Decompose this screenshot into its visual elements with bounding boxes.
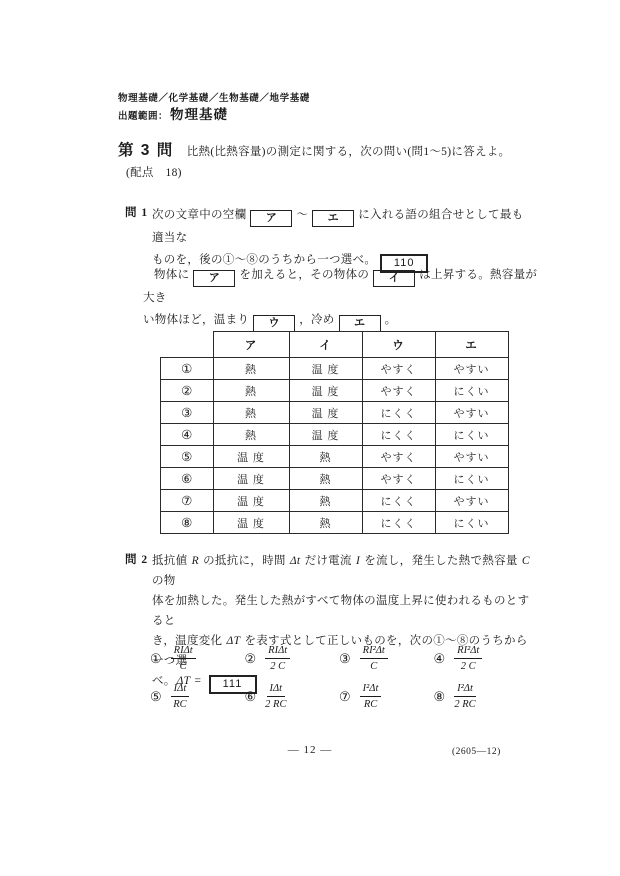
table-header-cell: エ xyxy=(435,332,508,358)
table-cell: にくく xyxy=(362,424,435,446)
fraction-denominator: RC xyxy=(364,697,377,711)
option-number-cell: ⑥ xyxy=(161,468,214,490)
choice-number: ② xyxy=(245,652,257,665)
sub-question-1: 問 1 次の文章中の空欄ア～エに入れる語の組合せとして最も適当なものを，後の①～… xyxy=(125,204,525,273)
formula-choices: ①RIΔtC②RIΔt2 C③RI²ΔtC④RI²Δt2 C⑤IΔtRC⑥IΔt… xyxy=(150,641,528,713)
fraction-denominator: C xyxy=(370,659,377,673)
table-row: ⑥温 度熱やすくにくい xyxy=(161,468,509,490)
table-cell: にくく xyxy=(362,490,435,512)
blank-box-i: イ xyxy=(373,270,415,287)
sub-question-1-prompt: 次の文章中の空欄ア～エに入れる語の組合せとして最も適当なものを，後の①～⑧のうち… xyxy=(152,204,525,273)
table-header-cell: ウ xyxy=(362,332,435,358)
fraction-numerator: RI²Δt xyxy=(454,644,482,659)
table-cell: 温 度 xyxy=(289,358,362,380)
text-segment: 。 xyxy=(385,314,397,326)
question-title-row: 第 3 問 比熱(比熱容量)の測定に関する，次の問い(問1～5)に答えよ。 xyxy=(118,138,510,160)
subjects-header: 物理基礎／化学基礎／生物基礎／地学基礎 xyxy=(118,90,310,104)
table-row: ③熱温 度にくくやすい xyxy=(161,402,509,424)
choice-number: ④ xyxy=(434,652,446,665)
blank-box-u: ウ xyxy=(253,315,295,332)
text-segment: 次の文章中の空欄 xyxy=(152,209,246,221)
table-cell: やすい xyxy=(435,446,508,468)
table-cell: にくい xyxy=(435,512,508,534)
question-intro: 比熱(比熱容量)の測定に関する，次の問い(問1～5)に答えよ。 xyxy=(187,143,511,159)
option-number-cell: ⑤ xyxy=(161,446,214,468)
text-segment: 体を加熱した。発生した熱がすべて物体の温度上昇に使われるものとすると xyxy=(152,595,529,627)
table-cell: 熱 xyxy=(213,358,289,380)
fraction-denominator: 2 C xyxy=(270,659,285,673)
formula-choice: ②RIΔt2 C xyxy=(245,641,340,675)
answer-options-table: アイウエ①熱温 度やすくやすい②熱温 度やすくにくい③熱温 度にくくやすい④熱温… xyxy=(160,331,509,534)
fraction-numerator: I²Δt xyxy=(360,682,382,697)
fraction-numerator: RIΔt xyxy=(171,644,196,659)
table-cell: にくい xyxy=(435,380,508,402)
text-segment: だけ電流 xyxy=(301,555,355,567)
table-cell: 温 度 xyxy=(289,424,362,446)
fraction-numerator: I²Δt xyxy=(454,682,476,697)
table-header-cell: ア xyxy=(213,332,289,358)
choice-number: ⑥ xyxy=(245,690,257,703)
fraction: IΔt2 RC xyxy=(265,682,286,711)
text-segment: ，冷め xyxy=(299,314,334,326)
text-segment: ～ xyxy=(296,209,308,221)
fraction: RI²Δt2 C xyxy=(454,644,482,673)
math-symbol: R xyxy=(191,555,200,567)
exam-page: 物理基礎／化学基礎／生物基礎／地学基礎 出題範囲： 物理基礎 第 3 問 比熱(… xyxy=(0,0,620,876)
formula-choice: ⑦I²ΔtRC xyxy=(339,679,434,713)
table-cell: 温 度 xyxy=(213,468,289,490)
table-cell: 熱 xyxy=(289,468,362,490)
table-corner-cell xyxy=(161,332,214,358)
formula-choice: ①RIΔtC xyxy=(150,641,245,675)
text-segment: の抵抗に，時間 xyxy=(200,555,289,567)
blank-box-a: ア xyxy=(250,210,292,227)
text-segment: 抵抗値 xyxy=(152,555,191,567)
fraction: IΔtRC xyxy=(171,682,190,711)
table-cell: にくく xyxy=(362,402,435,424)
fraction-denominator: C xyxy=(180,659,187,673)
fraction: I²Δt2 RC xyxy=(454,682,476,711)
fraction: RIΔt2 C xyxy=(265,644,290,673)
range-subject: 物理基礎 xyxy=(170,103,228,123)
table-row: ②熱温 度やすくにくい xyxy=(161,380,509,402)
table-cell: やすく xyxy=(362,468,435,490)
table-cell: やすい xyxy=(435,358,508,380)
question-number: 第 3 問 xyxy=(118,138,174,160)
blank-box-e: エ xyxy=(312,210,354,227)
formula-choice: ⑥IΔt2 RC xyxy=(245,679,340,713)
table-cell: やすく xyxy=(362,446,435,468)
fraction-numerator: RI²Δt xyxy=(360,644,388,659)
table-cell: にくい xyxy=(435,468,508,490)
formula-choice: ⑤IΔtRC xyxy=(150,679,245,713)
text-segment: い物体ほど，温まり xyxy=(143,314,249,326)
range-label: 出題範囲： xyxy=(118,108,168,122)
exam-range-line: 出題範囲： 物理基礎 xyxy=(118,103,228,123)
table-cell: 温 度 xyxy=(289,380,362,402)
formula-choice: ③RI²ΔtC xyxy=(339,641,434,675)
table-cell: 熱 xyxy=(289,446,362,468)
fraction-numerator: IΔt xyxy=(267,682,286,697)
fraction-denominator: 2 C xyxy=(461,659,476,673)
table-cell: にくい xyxy=(435,424,508,446)
table-row: ⑧温 度熱にくくにくい xyxy=(161,512,509,534)
text-segment: を流し，発生した熱で熱容量 xyxy=(361,555,521,567)
option-number-cell: ⑧ xyxy=(161,512,214,534)
choice-number: ⑦ xyxy=(339,690,351,703)
blank-box-a: ア xyxy=(193,270,235,287)
table-cell: 温 度 xyxy=(213,446,289,468)
fraction: RI²ΔtC xyxy=(360,644,388,673)
option-number-cell: ④ xyxy=(161,424,214,446)
table-cell: やすい xyxy=(435,402,508,424)
fraction-denominator: RC xyxy=(173,697,186,711)
fraction-numerator: IΔt xyxy=(171,682,190,697)
table-row: ⑤温 度熱やすくやすい xyxy=(161,446,509,468)
math-symbol: C xyxy=(521,555,531,567)
table-cell: 熱 xyxy=(213,424,289,446)
page-number: — 12 — xyxy=(0,744,620,756)
table-header-cell: イ xyxy=(289,332,362,358)
choice-number: ⑧ xyxy=(434,690,446,703)
table-cell: 熱 xyxy=(213,380,289,402)
points-note: (配点 18) xyxy=(126,164,182,180)
text-segment: を加えると，その物体の xyxy=(239,269,369,281)
table-row: ④熱温 度にくくにくい xyxy=(161,424,509,446)
table-cell: やすく xyxy=(362,358,435,380)
fraction: RIΔtC xyxy=(171,644,196,673)
table-cell: 熱 xyxy=(289,490,362,512)
option-number-cell: ③ xyxy=(161,402,214,424)
math-symbol: Δt xyxy=(289,555,302,567)
booklet-code: (2605—12) xyxy=(452,747,501,757)
fraction-numerator: RIΔt xyxy=(265,644,290,659)
text-segment: 物体に xyxy=(154,269,189,281)
table-cell: にくく xyxy=(362,512,435,534)
table-cell: 熱 xyxy=(289,512,362,534)
choice-number: ⑤ xyxy=(150,690,162,703)
option-number-cell: ① xyxy=(161,358,214,380)
choice-number: ① xyxy=(150,652,162,665)
sub-question-1-label: 問 1 xyxy=(125,204,152,220)
fraction-denominator: 2 RC xyxy=(265,697,286,711)
fraction: I²ΔtRC xyxy=(360,682,382,711)
option-number-cell: ⑦ xyxy=(161,490,214,512)
table-cell: 温 度 xyxy=(213,512,289,534)
blank-box-e: エ xyxy=(339,315,381,332)
table-row: ⑦温 度熱にくくやすい xyxy=(161,490,509,512)
table-cell: やすく xyxy=(362,380,435,402)
table-cell: 温 度 xyxy=(213,490,289,512)
option-number-cell: ② xyxy=(161,380,214,402)
fraction-denominator: 2 RC xyxy=(454,697,475,711)
table-cell: やすい xyxy=(435,490,508,512)
formula-choice: ⑧I²Δt2 RC xyxy=(434,679,529,713)
table-cell: 熱 xyxy=(213,402,289,424)
formula-choice: ④RI²Δt2 C xyxy=(434,641,529,675)
sub-question-2-label: 問 2 xyxy=(125,551,152,567)
table-cell: 温 度 xyxy=(289,402,362,424)
table-header-row: アイウエ xyxy=(161,332,509,358)
fill-in-paragraph: 物体にアを加えると，その物体のイは上昇する。熱容量が大きい物体ほど，温まりウ，冷… xyxy=(143,264,543,332)
table-row: ①熱温 度やすくやすい xyxy=(161,358,509,380)
choice-number: ③ xyxy=(339,652,351,665)
